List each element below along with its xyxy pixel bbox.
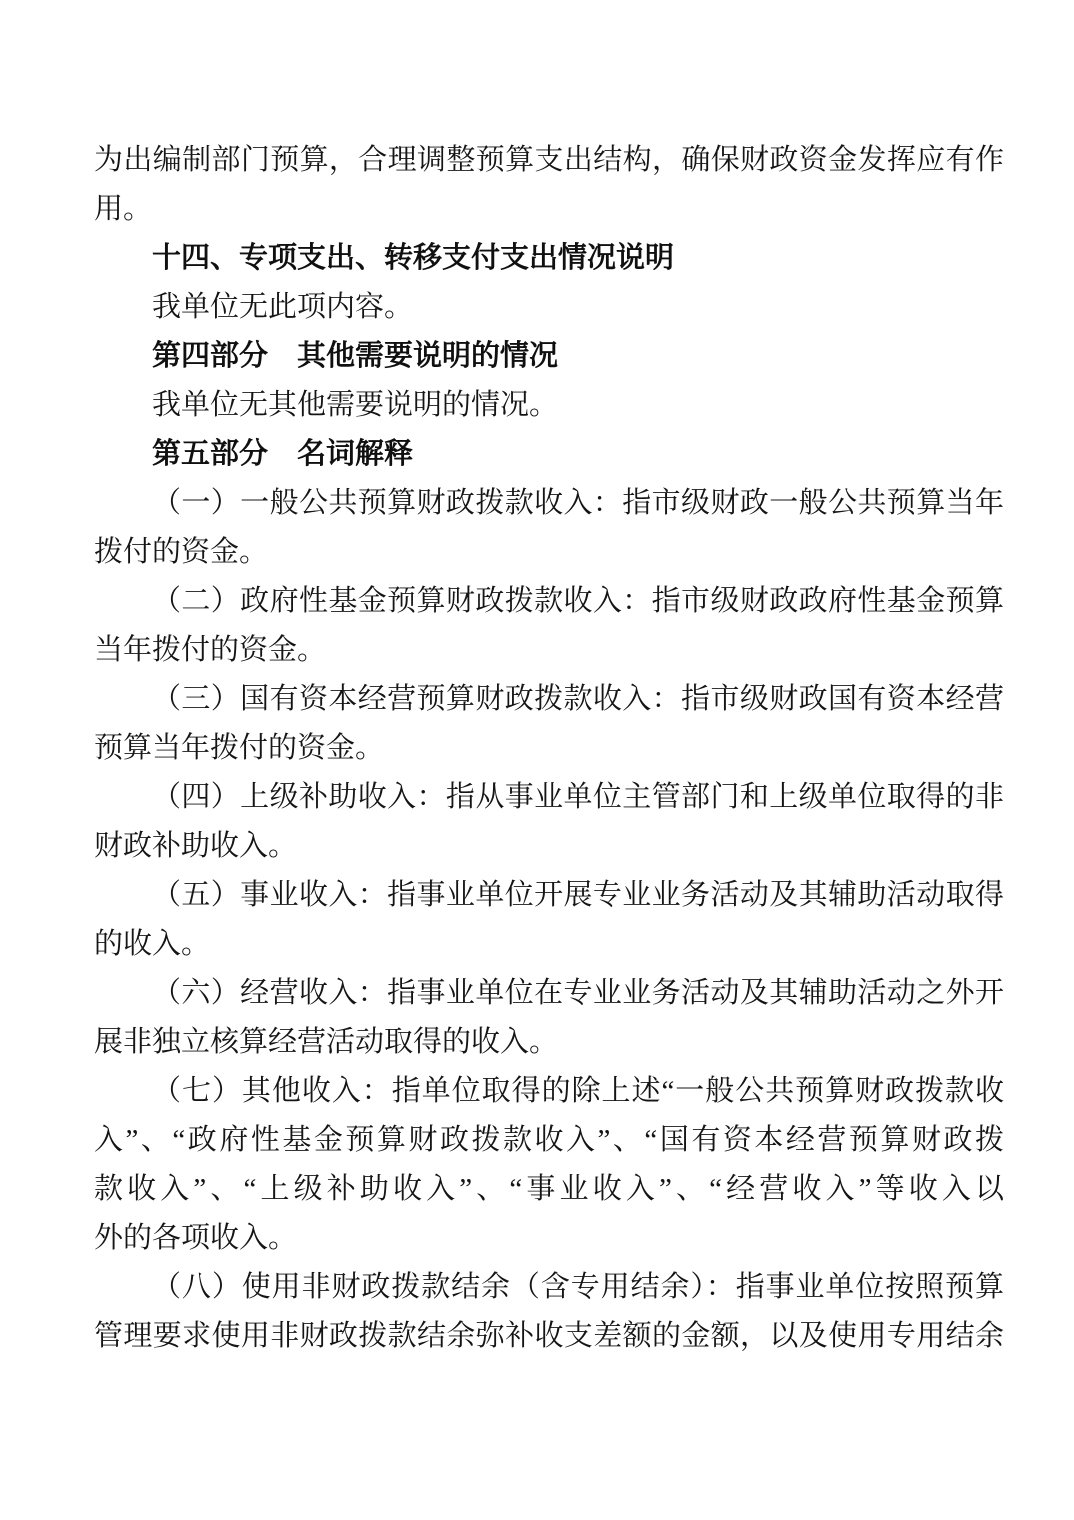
part-5-heading: 第五部分 名词解释	[94, 430, 1004, 479]
definition-7-line: 外的各项收入。	[94, 1214, 1004, 1263]
definition-3-line: 预算当年拨付的资金。	[94, 724, 1004, 773]
paragraph-line: 我单位无此项内容。	[94, 283, 1004, 332]
definition-7-line: （七）其他收入：指单位取得的除上述“一般公共预算财政拨款收	[94, 1067, 1004, 1116]
definition-4-line: 财政补助收入。	[94, 822, 1004, 871]
part-4-heading: 第四部分 其他需要说明的情况	[94, 332, 1004, 381]
definition-5-line: （五）事业收入：指事业单位开展专业业务活动及其辅助活动取得	[94, 871, 1004, 920]
paragraph-line: 为出编制部门预算，合理调整预算支出结构，确保财政资金发挥应有作	[94, 136, 1004, 185]
paragraph-line: 我单位无其他需要说明的情况。	[94, 381, 1004, 430]
definition-7-line: 款收入”、“上级补助收入”、“事业收入”、“经营收入”等收入以	[94, 1165, 1004, 1214]
definition-3-line: （三）国有资本经营预算财政拨款收入：指市级财政国有资本经营	[94, 675, 1004, 724]
definition-1-line: （一）一般公共预算财政拨款收入：指市级财政一般公共预算当年	[94, 479, 1004, 528]
definition-4-line: （四）上级补助收入：指从事业单位主管部门和上级单位取得的非	[94, 773, 1004, 822]
definition-6-line: 展非独立核算经营活动取得的收入。	[94, 1018, 1004, 1067]
definition-6-line: （六）经营收入：指事业单位在专业业务活动及其辅助活动之外开	[94, 969, 1004, 1018]
definition-2-line: 当年拨付的资金。	[94, 626, 1004, 675]
text-block: 为出编制部门预算，合理调整预算支出结构，确保财政资金发挥应有作 用。 十四、专项…	[94, 136, 1004, 1361]
document-page: 为出编制部门预算，合理调整预算支出结构，确保财政资金发挥应有作 用。 十四、专项…	[0, 0, 1074, 1520]
section-heading-14: 十四、专项支出、转移支付支出情况说明	[94, 234, 1004, 283]
definition-2-line: （二）政府性基金预算财政拨款收入：指市级财政政府性基金预算	[94, 577, 1004, 626]
definition-8-line: 管理要求使用非财政拨款结余弥补收支差额的金额，以及使用专用结余	[94, 1312, 1004, 1361]
definition-5-line: 的收入。	[94, 920, 1004, 969]
definition-1-line: 拨付的资金。	[94, 528, 1004, 577]
definition-7-line: 入”、“政府性基金预算财政拨款收入”、“国有资本经营预算财政拨	[94, 1116, 1004, 1165]
definition-8-line: （八）使用非财政拨款结余（含专用结余）：指事业单位按照预算	[94, 1263, 1004, 1312]
paragraph-line: 用。	[94, 185, 1004, 234]
